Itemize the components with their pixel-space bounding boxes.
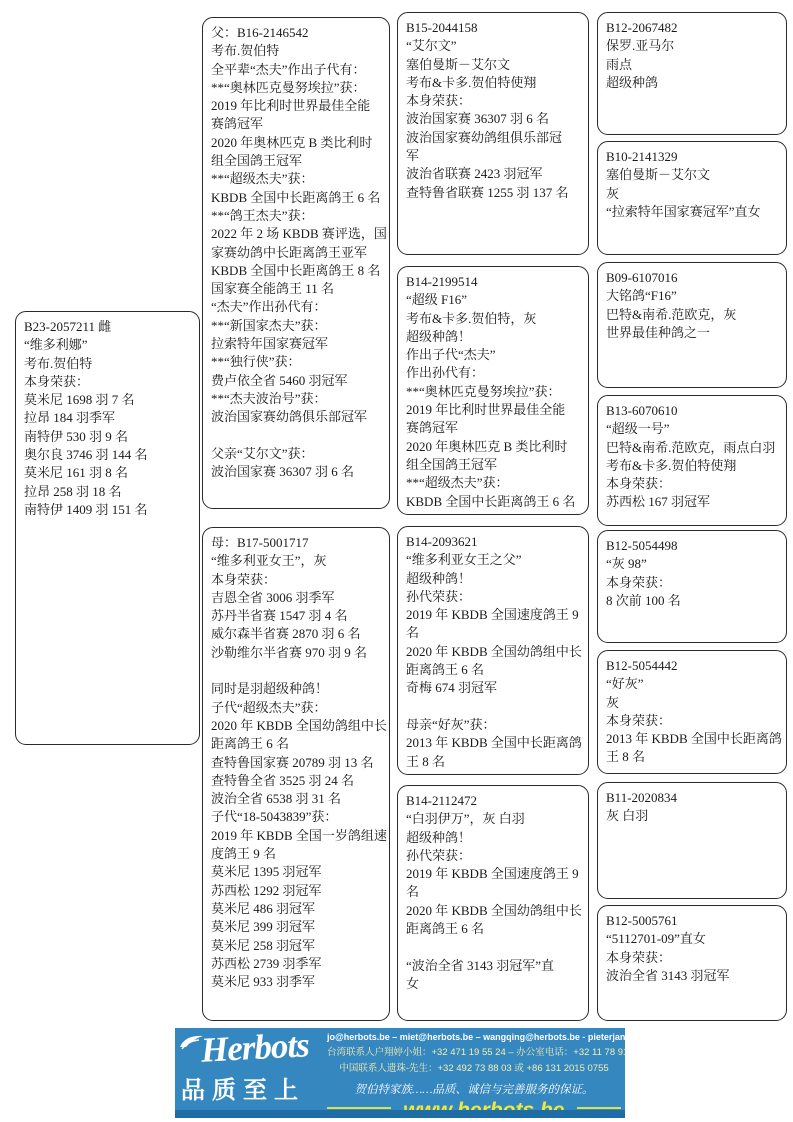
pedigree-box-grandsire-maternal: B14-2093621“维多利亚女王之父”超级种鸽！孙代荣获：2019 年 KB… — [397, 526, 589, 775]
text-line: 王 8 名 — [606, 748, 778, 766]
text-line: 母：B17-5001717 — [211, 534, 381, 552]
text-line: 距离鸽王 6 名 — [406, 920, 580, 938]
text-line: 拉昂 184 羽季军 — [24, 409, 191, 427]
text-line: 母亲“好灰”获： — [406, 716, 580, 734]
text-line: 南特伊 1409 羽 151 名 — [24, 501, 191, 519]
text-line: B13-6070610 — [606, 402, 778, 420]
text-line: 2019 年 KBDB 全国速度鸽王 9 — [406, 865, 580, 883]
text-line: 2019 年 KBDB 全国速度鸽王 9 — [406, 606, 580, 624]
text-line: **“鸽王杰夫”获： — [211, 207, 381, 225]
text-line: 2022 年 2 场 KBDB 赛评选，国 — [211, 225, 381, 243]
pedigree-box-mother: 母：B17-5001717“维多利亚女王”，灰本身荣获：吉恩全省 3006 羽季… — [202, 527, 390, 1021]
text-line: 子代“超级杰夫”获： — [211, 699, 381, 717]
text-line: B23-2057211 雌 — [24, 318, 191, 336]
text-line: KBDB 全国中长距离鸽王 6 名 — [211, 189, 381, 207]
text-line: 巴特&南希.范欧克，灰 — [606, 306, 778, 324]
text-line: 本身荣获： — [606, 712, 778, 730]
text-line: **“奥林匹克曼努埃拉”获： — [406, 383, 580, 401]
text-line: 莫米尼 486 羽冠军 — [211, 900, 381, 918]
herbots-logo: Herbots 品质至上 — [179, 1030, 331, 1105]
text-line: 大铭鸽“F16” — [606, 287, 778, 305]
pedigree-box-granddam-paternal: B14-2199514“超级 F16”考布&卡多.贺伯特，灰超级种鸽！作出子代“… — [397, 266, 589, 515]
text-line: 同时是羽超级种鸽！ — [211, 680, 381, 698]
text-line: 苏西松 1292 羽冠军 — [211, 882, 381, 900]
text-line: 南特伊 530 羽 9 名 — [24, 428, 191, 446]
text-line: 灰 白羽 — [606, 807, 778, 825]
text-line: 全平辈“杰夫”作出子代有： — [211, 61, 381, 79]
text-line: B09-6107016 — [606, 269, 778, 287]
text-line: KBDB 全国中长距离鸽王 8 名 — [211, 262, 381, 280]
text-line: 2019 年比利时世界最佳全能 — [406, 401, 580, 419]
text-line: “波治全省 3143 羽冠军”直 — [406, 957, 580, 975]
text-line: 作出孙代有： — [406, 364, 580, 382]
text-line: 莫米尼 161 羽 8 名 — [24, 464, 191, 482]
text-line: 超级种鸽！ — [406, 829, 580, 847]
text-line: B12-5054442 — [606, 657, 778, 675]
text-line: 本身荣获： — [24, 373, 191, 391]
text-line — [406, 698, 580, 716]
text-line: 距离鸽王 6 名 — [211, 735, 381, 753]
pedigree-box-grandsire-paternal: B15-2044158“艾尔文”塞伯曼斯－艾尔文考布&卡多.贺伯特使翔本身荣获：… — [397, 12, 589, 255]
text-line: 超级种鸽！ — [406, 570, 580, 588]
text-line: B14-2199514 — [406, 273, 580, 291]
pedigree-box-greatgrandparent-2: B10-2141329塞伯曼斯－艾尔文灰“拉索特年国家赛冠军”直女 — [597, 141, 787, 255]
text-line: 考布.贺伯特 — [24, 355, 191, 373]
pedigree-box-greatgrandparent-8: B12-5005761“5112701-09”直女本身荣获：波治全省 3143 … — [597, 905, 787, 1021]
text-line: 沙勒维尔半省赛 970 羽 9 名 — [211, 644, 381, 662]
text-line: 子代“18-5043839”获： — [211, 808, 381, 826]
text-line: 考布.贺伯特 — [211, 42, 381, 60]
text-line: 巴特&南希.范欧克，雨点白羽 — [606, 439, 778, 457]
banner-emails: jo@herbots.be – miet@herbots.be – wangqi… — [327, 1032, 621, 1042]
text-line: **“独行侠”获： — [211, 353, 381, 371]
text-line: 2020 年 KBDB 全国幼鸽组中长 — [211, 717, 381, 735]
text-line: “艾尔文” — [406, 37, 580, 55]
text-line: “灰 98” — [606, 555, 778, 573]
text-line: 军 — [406, 147, 580, 165]
text-line: 父亲“艾尔文”获： — [211, 445, 381, 463]
text-line: B15-2044158 — [406, 19, 580, 37]
banner-taiwan-contact: 台湾联系人户翔婷小姐：+32 471 19 55 24 – 办公室电话：+32 … — [327, 1044, 621, 1058]
text-line: 8 次前 100 名 — [606, 592, 778, 610]
text-line: 奥尔良 3746 羽 144 名 — [24, 446, 191, 464]
text-line: 父：B16-2146542 — [211, 24, 381, 42]
text-line: 本身荣获： — [406, 92, 580, 110]
banner-china-contact: 中国联系人遗珠-先生：+32 492 73 88 03 或 +86 131 20… — [327, 1060, 621, 1074]
text-line: B14-2093621 — [406, 533, 580, 551]
text-line: 威尔森半省赛 2870 羽 6 名 — [211, 625, 381, 643]
text-line: 莫米尼 258 羽冠军 — [211, 937, 381, 955]
pedigree-box-greatgrandparent-1: B12-2067482保罗.亚马尔雨点超级种鸽 — [597, 12, 787, 135]
text-line: 名 — [406, 883, 580, 901]
text-line: **“杰夫波治号”获： — [211, 390, 381, 408]
text-line: “超级一号” — [606, 420, 778, 438]
text-line: 灰 — [606, 694, 778, 712]
text-line: 孙代荣获： — [406, 847, 580, 865]
text-line: “好灰” — [606, 675, 778, 693]
pedigree-box-greatgrandparent-3: B09-6107016大铭鸽“F16”巴特&南希.范欧克，灰世界最佳种鸽之一 — [597, 262, 787, 388]
text-line: “拉索特年国家赛冠军”直女 — [606, 203, 778, 221]
text-line: 费卢依全省 5460 羽冠军 — [211, 372, 381, 390]
text-line: B12-2067482 — [606, 19, 778, 37]
text-line: 距离鸽王 6 名 — [406, 661, 580, 679]
text-line: **“超级杰夫”获： — [406, 474, 580, 492]
text-line: 2013 年 KBDB 全国中长距离鸽 — [406, 734, 580, 752]
text-line: 苏丹半省赛 1547 羽 4 名 — [211, 607, 381, 625]
text-line: 塞伯曼斯－艾尔文 — [606, 166, 778, 184]
text-line: 2019 年比利时世界最佳全能 — [211, 97, 381, 115]
text-line: 赛鸽冠军 — [211, 115, 381, 133]
text-line: **“新国家杰夫”获： — [211, 317, 381, 335]
text-line: “维多利亚女王之父” — [406, 551, 580, 569]
banner-bottom-strip — [175, 1110, 625, 1118]
text-line: 本身荣获： — [606, 949, 778, 967]
text-line: B12-5054498 — [606, 537, 778, 555]
text-line: 2020 年奥林匹克 B 类比利时 — [211, 134, 381, 152]
text-line — [211, 427, 381, 445]
text-line: 雨点 — [606, 56, 778, 74]
text-line: 作出子代“杰夫” — [406, 346, 580, 364]
text-line: 莫米尼 1395 羽冠军 — [211, 863, 381, 881]
text-line: 灰 — [606, 185, 778, 203]
text-line: 考布&卡多.贺伯特使翔 — [406, 74, 580, 92]
text-line: 奇梅 674 羽冠军 — [406, 679, 580, 697]
text-line: 2020 年 KBDB 全国幼鸽组中长 — [406, 643, 580, 661]
text-line: B14-2112472 — [406, 792, 580, 810]
text-line: 世界最佳种鸽之一 — [606, 324, 778, 342]
text-line: “维多利娜” — [24, 336, 191, 354]
text-line: 莫米尼 933 羽季军 — [211, 973, 381, 991]
text-line: 女 — [406, 975, 580, 993]
text-line: 塞伯曼斯－艾尔文 — [406, 56, 580, 74]
text-line: 名 — [406, 624, 580, 642]
text-line: 保罗.亚马尔 — [606, 37, 778, 55]
pedigree-box-greatgrandparent-5: B12-5054498“灰 98”本身荣获：8 次前 100 名 — [597, 530, 787, 643]
text-line: 波治国家赛 36307 羽 6 名 — [406, 110, 580, 128]
text-line: B10-2141329 — [606, 148, 778, 166]
text-line: 查特鲁省联赛 1255 羽 137 名 — [406, 184, 580, 202]
text-line: 王 8 名 — [406, 753, 580, 771]
text-line: 波治国家赛幼鸽组俱乐部冠 — [406, 129, 580, 147]
text-line: 苏西松 167 羽冠军 — [606, 493, 778, 511]
text-line: 波治国家赛幼鸽俱乐部冠军 — [211, 408, 381, 426]
text-line: 2020 年 KBDB 全国幼鸽组中长 — [406, 902, 580, 920]
banner-info: jo@herbots.be – miet@herbots.be – wangqi… — [327, 1032, 621, 1118]
pedigree-box-greatgrandparent-7: B11-2020834灰 白羽 — [597, 782, 787, 899]
text-line — [406, 938, 580, 956]
text-line: “杰夫”作出孙代有： — [211, 298, 381, 316]
text-line: 本身荣获： — [211, 571, 381, 589]
text-line: 超级种鸽 — [606, 74, 778, 92]
text-line: 苏西松 2739 羽季军 — [211, 955, 381, 973]
text-line — [211, 662, 381, 680]
banner-slogan: 品质至上 — [181, 1070, 331, 1105]
text-line: **“超级杰夫”获： — [211, 170, 381, 188]
pedigree-box-greatgrandparent-6: B12-5054442“好灰”灰本身荣获：2013 年 KBDB 全国中长距离鸽… — [597, 650, 787, 774]
text-line: 波治全省 6538 羽 31 名 — [211, 790, 381, 808]
herbots-banner: Herbots 品质至上 jo@herbots.be – miet@herbot… — [175, 1028, 625, 1118]
text-line: 吉恩全省 3006 羽季军 — [211, 589, 381, 607]
text-line: 赛鸽冠军 — [406, 419, 580, 437]
herbots-logo-text: Herbots — [200, 1028, 309, 1069]
text-line: B11-2020834 — [606, 789, 778, 807]
text-line: 波治国家赛 36307 羽 6 名 — [211, 463, 381, 481]
text-line: 波治全省 3143 羽冠军 — [606, 967, 778, 985]
text-line: KBDB 全国中长距离鸽王 6 名 — [406, 493, 580, 511]
text-line: 查特鲁全省 3525 羽 24 名 — [211, 772, 381, 790]
pedigree-box-subject: B23-2057211 雌“维多利娜”考布.贺伯特本身荣获：莫米尼 1698 羽… — [15, 311, 200, 745]
text-line: 莫米尼 1698 羽 7 名 — [24, 391, 191, 409]
text-line: 2019 年 KBDB 全国一岁鸽组速 — [211, 827, 381, 845]
pedigree-box-father: 父：B16-2146542考布.贺伯特全平辈“杰夫”作出子代有：**“奥林匹克曼… — [202, 17, 390, 509]
pedigree-page: B23-2057211 雌“维多利娜”考布.贺伯特本身荣获：莫米尼 1698 羽… — [0, 0, 793, 1122]
text-line: 国家赛全能鸽王 11 名 — [211, 280, 381, 298]
text-line: 考布&卡多.贺伯特使翔 — [606, 457, 778, 475]
banner-tagline: 贺伯特家族……品质、诚信与完善服务的保证。 — [327, 1081, 621, 1097]
text-line: B12-5005761 — [606, 912, 778, 930]
text-line: 本身荣获： — [606, 475, 778, 493]
pedigree-box-granddam-maternal: B14-2112472“白羽伊万”，灰 白羽超级种鸽！孙代荣获：2019 年 K… — [397, 785, 589, 1021]
text-line: 组全国鸽王冠军 — [211, 152, 381, 170]
text-line: 考布&卡多.贺伯特，灰 — [406, 310, 580, 328]
text-line: 2020 年奥林匹克 B 类比利时 — [406, 438, 580, 456]
text-line: 波治省联赛 2423 羽冠军 — [406, 165, 580, 183]
text-line: 组全国鸽王冠军 — [406, 456, 580, 474]
text-line: 超级种鸽！ — [406, 328, 580, 346]
text-line: 查特鲁国家赛 20789 羽 13 名 — [211, 754, 381, 772]
pedigree-box-greatgrandparent-4: B13-6070610“超级一号”巴特&南希.范欧克，雨点白羽考布&卡多.贺伯特… — [597, 395, 787, 526]
text-line: 孙代荣获： — [406, 588, 580, 606]
text-line: 拉索特年国家赛冠军 — [211, 335, 381, 353]
text-line: 拉昂 258 羽 18 名 — [24, 483, 191, 501]
text-line: “白羽伊万”，灰 白羽 — [406, 810, 580, 828]
text-line: 2013 年 KBDB 全国中长距离鸽 — [606, 730, 778, 748]
text-line: “维多利亚女王”，灰 — [211, 552, 381, 570]
text-line: “5112701-09”直女 — [606, 930, 778, 948]
text-line: 本身荣获： — [606, 574, 778, 592]
text-line: 莫米尼 399 羽冠军 — [211, 918, 381, 936]
text-line: “超级 F16” — [406, 291, 580, 309]
text-line: 度鸽王 9 名 — [211, 845, 381, 863]
text-line: 家赛幼鸽中长距离鸽王亚军 — [211, 244, 381, 262]
text-line: **“奥林匹克曼努埃拉”获： — [211, 79, 381, 97]
